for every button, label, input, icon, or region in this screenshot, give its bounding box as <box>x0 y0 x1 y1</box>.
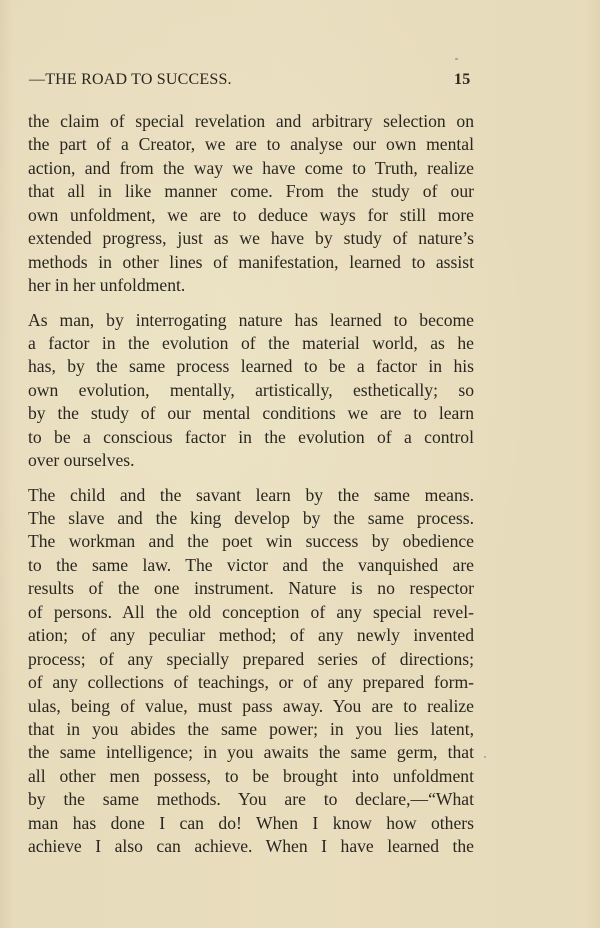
book-page: —THE ROAD TO SUCCESS. 15 the claim of sp… <box>0 0 600 928</box>
text-line: the same intelligence; in you awaits the… <box>28 741 474 764</box>
text-line: action, and from the way we have come to… <box>28 157 474 180</box>
text-line: all other men possess, to be brought int… <box>28 765 474 788</box>
paragraph-2: As man, by interrogating nature has lear… <box>28 309 474 473</box>
text-line: methods in other lines of manifestation,… <box>28 251 474 274</box>
paragraph-3: The child and the savant learn by the sa… <box>28 484 474 859</box>
text-line: the part of a Creator, we are to analyse… <box>28 133 474 156</box>
text-line: The child and the savant learn by the sa… <box>28 484 474 507</box>
text-line: the claim of special revelation and arbi… <box>28 110 474 133</box>
text-line: to the same law. The victor and the vanq… <box>28 554 474 577</box>
body-text: the claim of special revelation and arbi… <box>28 110 474 870</box>
text-line: The slave and the king develop by the sa… <box>28 507 474 530</box>
paper-speck <box>484 756 486 758</box>
text-line: own evolution, mentally, artistically, e… <box>28 379 474 402</box>
text-line: ation; of any peculiar method; of any ne… <box>28 624 474 647</box>
running-head: —THE ROAD TO SUCCESS. 15 <box>29 71 473 91</box>
text-line: over ourselves. <box>28 449 474 472</box>
text-line: has, by the same process learned to be a… <box>28 355 474 378</box>
text-line: The workman and the poet win success by … <box>28 530 474 553</box>
text-line: own unfoldment, we are to deduce ways fo… <box>28 204 474 227</box>
text-line: process; of any specially prepared serie… <box>28 648 474 671</box>
running-head-title: —THE ROAD TO SUCCESS. <box>29 71 232 89</box>
text-line: her in her unfoldment. <box>28 274 474 297</box>
text-line: ulas, being of value, must pass away. Yo… <box>28 695 474 718</box>
text-line: achieve I also can achieve. When I have … <box>28 835 474 858</box>
page-number: 15 <box>454 71 470 89</box>
paper-speck <box>455 58 458 60</box>
text-line: of any collections of teachings, or of a… <box>28 671 474 694</box>
paragraph-1: the claim of special revelation and arbi… <box>28 110 474 298</box>
text-line: that in you abides the same power; in yo… <box>28 718 474 741</box>
text-line: results of the one instrument. Nature is… <box>28 577 474 600</box>
text-line: by the study of our mental conditions we… <box>28 402 474 425</box>
text-line: that all in like manner come. From the s… <box>28 180 474 203</box>
text-line: by the same methods. You are to declare,… <box>28 788 474 811</box>
text-line: extended progress, just as we have by st… <box>28 227 474 250</box>
text-line: As man, by interrogating nature has lear… <box>28 309 474 332</box>
text-line: of persons. All the old conception of an… <box>28 601 474 624</box>
text-line: a factor in the evolution of the materia… <box>28 332 474 355</box>
text-line: man has done I can do! When I know how o… <box>28 812 474 835</box>
text-line: to be a conscious factor in the evolutio… <box>28 426 474 449</box>
